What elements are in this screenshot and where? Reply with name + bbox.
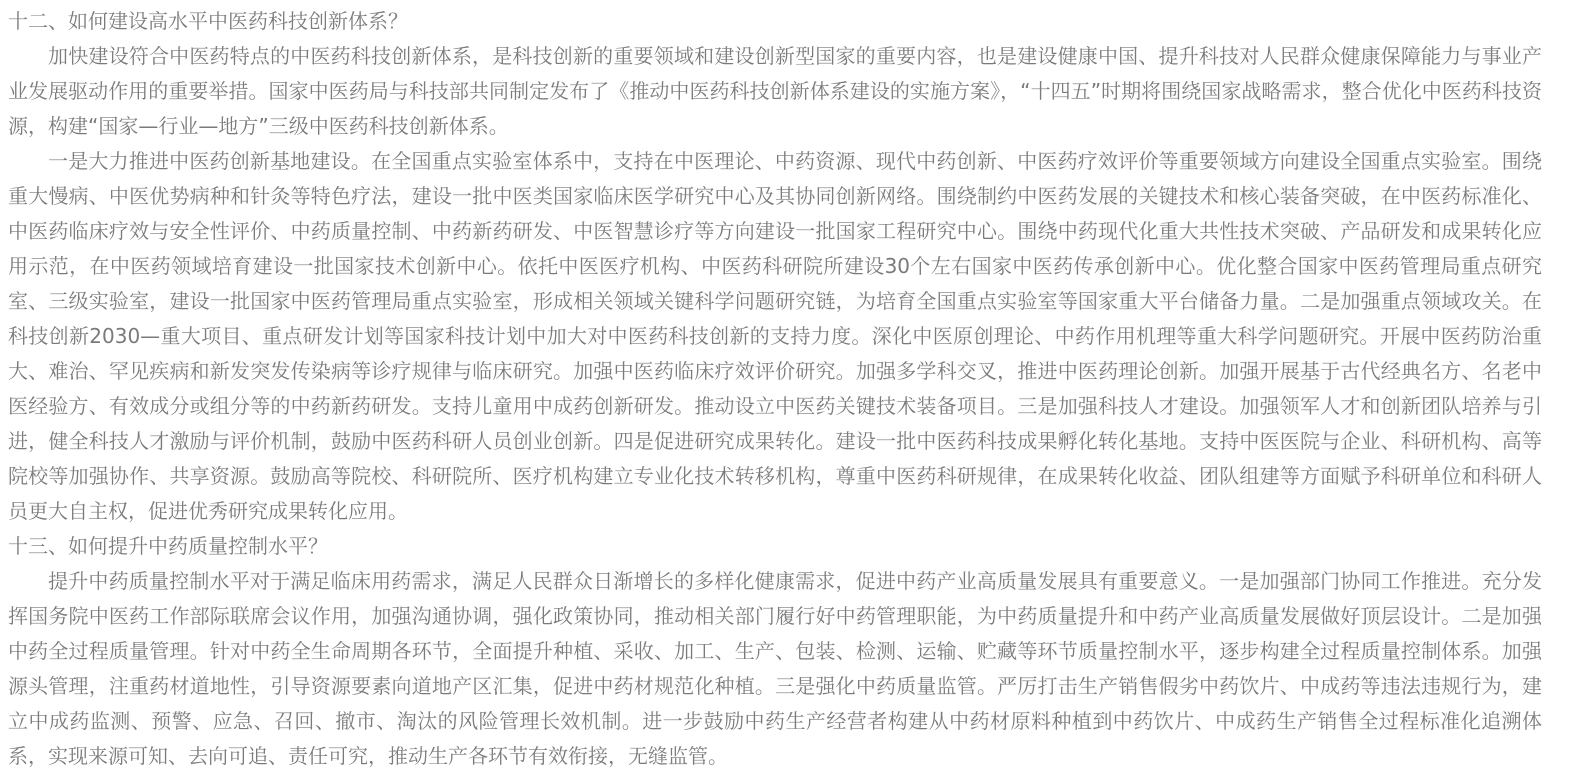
section-12-heading: 十二、如何建设高水平中医药科技创新体系？	[8, 4, 1542, 39]
section-12-paragraph-1: 加快建设符合中医药特点的中医药科技创新体系，是科技创新的重要领域和建设创新型国家…	[8, 39, 1542, 144]
section-13-paragraph-1: 提升中药质量控制水平对于满足临床用药需求，满足人民群众日渐增长的多样化健康需求，…	[8, 564, 1542, 774]
section-12-paragraph-2: 一是大力推进中医药创新基地建设。在全国重点实验室体系中，支持在中医理论、中药资源…	[8, 144, 1542, 529]
section-13-heading: 十三、如何提升中药质量控制水平？	[8, 529, 1542, 564]
document-page: 十二、如何建设高水平中医药科技创新体系？ 加快建设符合中医药特点的中医药科技创新…	[0, 0, 1576, 775]
